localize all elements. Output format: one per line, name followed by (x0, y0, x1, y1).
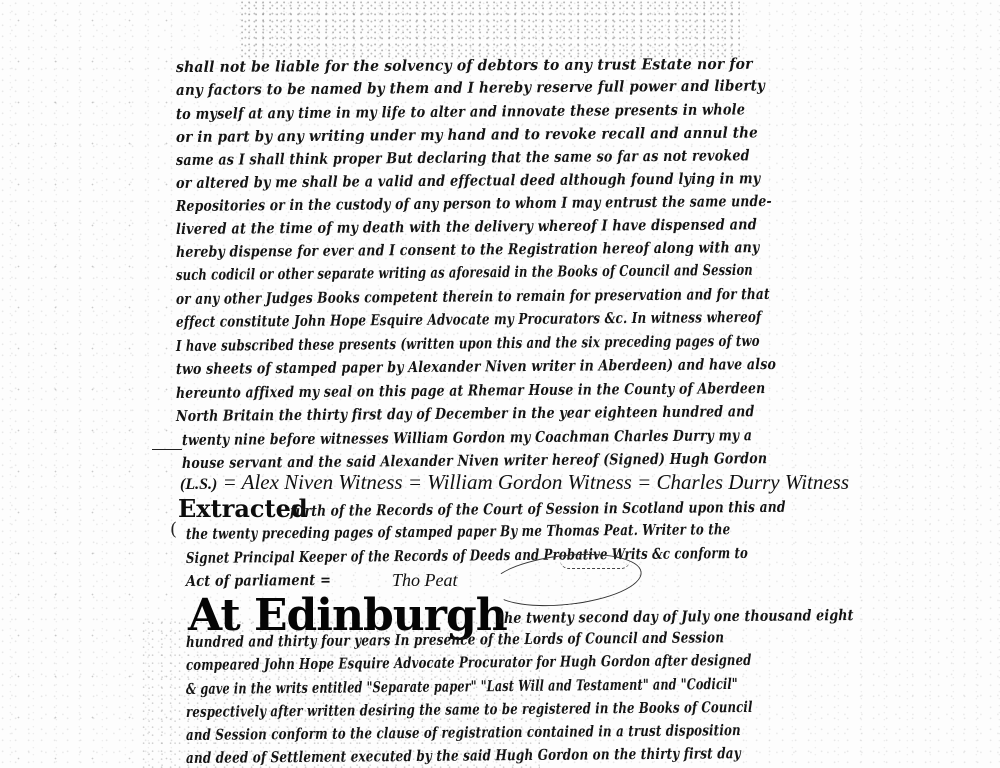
body-line: North Britain the thirty first day of De… (176, 402, 755, 425)
body-line: hereby dispense for ever and I consent t… (176, 238, 760, 261)
extract-line: furth of the Records of the Court of Ses… (290, 498, 786, 520)
seal-mark: (L.S.) (180, 476, 217, 493)
body-line: livered at the time of my death with the… (176, 215, 757, 238)
extract-line: Signet Principal Keeper of the Records o… (186, 544, 748, 567)
body-line: same as I shall think proper But declari… (176, 146, 750, 169)
separator: = (637, 470, 651, 494)
registration-line: hundred and thirty four years In presenc… (186, 628, 724, 651)
extract-line: the twenty preceding pages of stamped pa… (186, 520, 730, 543)
body-line: effect constitute John Hope Esquire Advo… (176, 308, 761, 331)
body-line: to myself at any time in my life to alte… (176, 100, 745, 123)
body-line: shall not be liable for the solvency of … (176, 55, 753, 76)
body-line: twenty nine before witnesses William Gor… (182, 426, 752, 449)
body-line: or in part by any writing under my hand … (176, 123, 758, 146)
body-line: I have subscribed these presents (writte… (176, 332, 760, 355)
registration-line: and Session conform to the clause of reg… (186, 721, 741, 744)
body-line: such codicil or other separate writing a… (176, 261, 753, 284)
body-line: two sheets of stamped paper by Alexander… (176, 355, 776, 378)
body-line: any factors to be named by them and I he… (176, 76, 765, 99)
body-line: house servant and the said Alexander Niv… (182, 449, 767, 472)
scanned-document-page: shall not be liable for the solvency of … (0, 0, 1000, 768)
separator: = (408, 470, 422, 494)
witness-signatures: (L.S.) = Alex Niven Witness = William Go… (180, 470, 849, 497)
extracted-heading: Extracted (178, 496, 308, 522)
signature-tho-peat: Tho Peat (392, 568, 458, 592)
registration-line: the twenty second day of July one thousa… (498, 606, 854, 627)
body-line: hereunto affixed my seal on this page at… (176, 379, 765, 402)
body-line: or altered by me shall be a valid and ef… (176, 169, 761, 192)
signature-flourish-inner (560, 560, 630, 569)
document-body: shall not be liable for the solvency of … (0, 0, 1000, 768)
body-line: Repositories or in the custody of any pe… (176, 192, 772, 215)
bracket-mark: ( (170, 519, 177, 540)
registration-line: & gave in the writs entitled "Separate p… (186, 675, 738, 698)
margin-rule (152, 449, 182, 450)
signature-alex-niven: Alex Niven Witness (242, 470, 403, 494)
registration-line: compeared John Hope Esquire Advocate Pro… (186, 651, 752, 674)
body-line: or any other Judges Books competent ther… (176, 285, 770, 308)
signature-william-gordon: William Gordon Witness (427, 470, 632, 494)
registration-line: respectively after written desiring the … (186, 698, 753, 721)
extract-line: Act of parliament = (186, 571, 331, 590)
signature-charles-durry: Charles Durry Witness (657, 470, 850, 494)
registration-line: and deed of Settlement executed by the s… (186, 744, 741, 767)
separator: = (223, 470, 237, 494)
